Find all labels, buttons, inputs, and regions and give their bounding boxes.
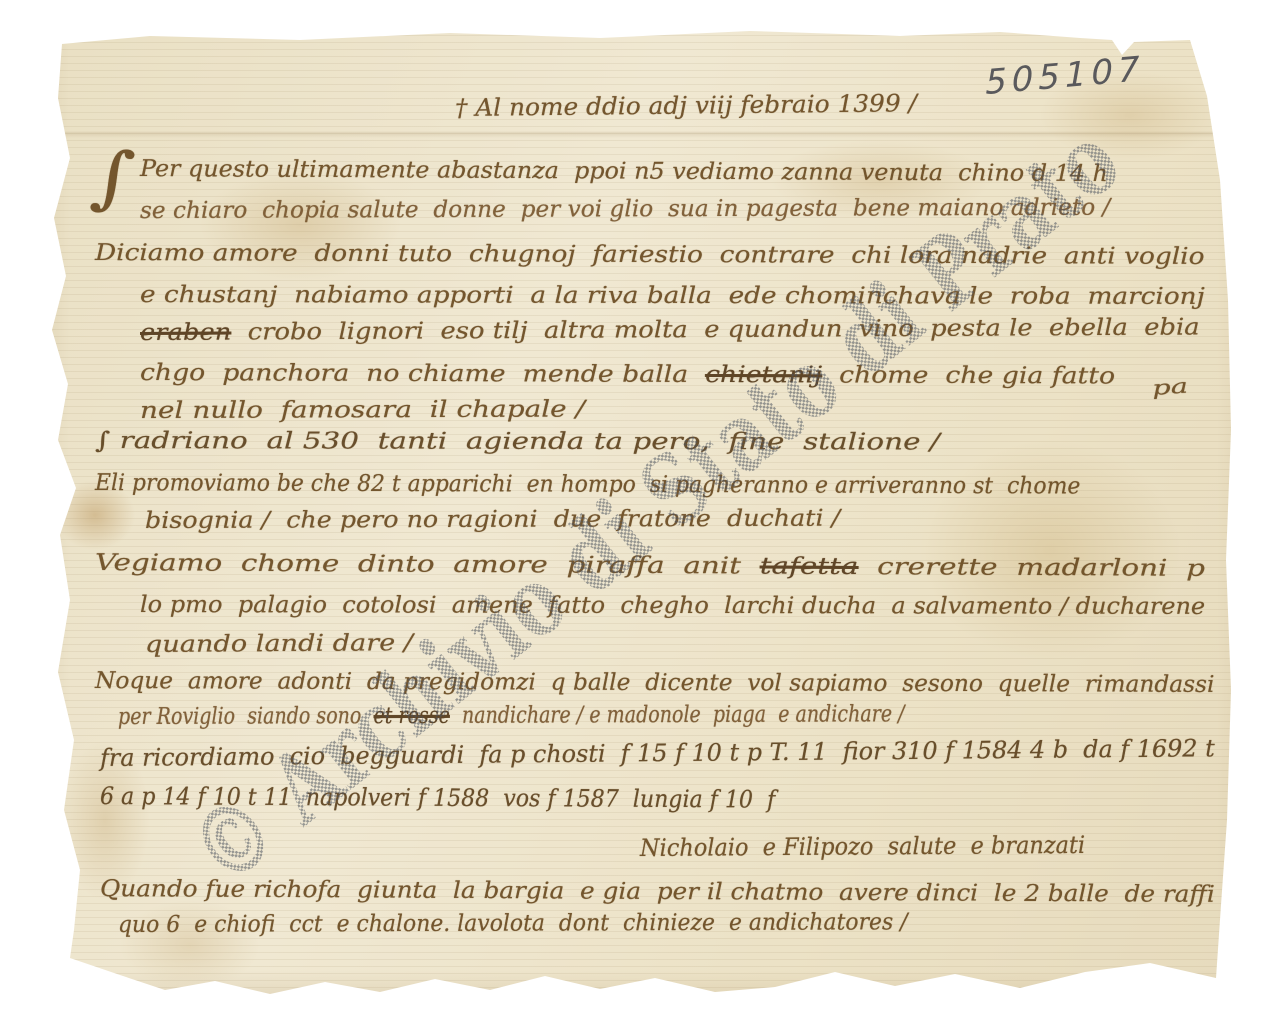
- manuscript-line: e chustanj nabiamo apporti a la riva bal…: [140, 284, 1205, 309]
- manuscript-line: † Al nome ddio adj viij febraio 1399 /: [455, 91, 917, 120]
- struck-word: et rosse: [373, 703, 449, 729]
- handwriting-text: crerette madarloni p: [858, 554, 1205, 582]
- manuscript-line: quo 6 e chiofi cct e chalone. lavolota d…: [118, 911, 908, 937]
- handwriting-text: quando landi dare /: [145, 630, 413, 658]
- handwriting-text: chome che gia fatto: [822, 362, 1115, 389]
- handwriting-text: 6 a p 14 f 10 t 11 napolveri f 1588 vos …: [100, 782, 775, 814]
- handwriting-text: Vegiamo chome dinto amore piraffa anit: [95, 550, 760, 579]
- handwriting-text: crobo lignori eso tilj altra molta e qua…: [231, 314, 1199, 345]
- manuscript-line: 6 a p 14 f 10 t 11 napolveri f 1588 vos …: [100, 784, 775, 812]
- handwriting-text: † Al nome ddio adj viij febraio 1399 /: [455, 89, 917, 122]
- manuscript-line: nel nullo famosara il chapale /: [140, 398, 585, 423]
- handwriting-text: Nicholaio e Filipozo salute e branzati: [640, 831, 1085, 862]
- manuscript-line: Nicholaio e Filipozo salute e branzati: [640, 833, 1085, 860]
- manuscript-line: quando landi dare /: [145, 632, 413, 657]
- manuscript-line: ∫ radriano al 530 tanti agienda ta pero,…: [95, 430, 940, 454]
- struck-word: tafetta: [760, 553, 859, 580]
- handwriting-text: nel nullo famosara il chapale /: [140, 396, 585, 424]
- handwriting-text: se chiaro chopia salute donne per voi gl…: [140, 195, 1110, 224]
- handwriting-text: e chustanj nabiamo apporti a la riva bal…: [140, 282, 1205, 310]
- manuscript-line: ∫: [88, 140, 137, 214]
- handwriting-text: bisognia / che pero no ragioni due frato…: [145, 506, 840, 534]
- handwriting-text: Diciamo amore donni tuto chugnoj fariest…: [95, 240, 1205, 270]
- manuscript-line: Per questo ultimamente abastanza ppoi n5…: [140, 158, 1108, 186]
- struck-word: eraben: [140, 320, 231, 346]
- handwriting-text: chgo panchora no chiame mende balla: [140, 360, 705, 388]
- manuscript-line: lo pmo palagio cotolosi amene fatto cheg…: [140, 594, 1205, 619]
- handwriting-text: Noque amore adonti da pregidomzi q balle…: [95, 668, 1215, 698]
- handwriting-text: lo pmo palagio cotolosi amene fatto cheg…: [140, 592, 1205, 620]
- manuscript-line: Quando fue richofa giunta la bargia e gi…: [100, 878, 1215, 907]
- struck-word: chietanij: [705, 362, 822, 388]
- manuscript-line: eraben crobo lignori eso tilj altra molt…: [140, 316, 1200, 345]
- manuscript-line: chgo panchora no chiame mende balla chie…: [140, 362, 1115, 388]
- manuscript-line: per Roviglio siando sono et rosse nandic…: [118, 703, 905, 729]
- manuscript-line: Diciamo amore donni tuto chugnoj fariest…: [95, 242, 1205, 269]
- handwriting-text: Per questo ultimamente abastanza ppoi n5…: [140, 156, 1108, 187]
- handwriting-text: Eli promoviamo be che 82 t apparichi en …: [95, 470, 1080, 499]
- handwriting-text: per Roviglio siando sono: [118, 703, 374, 730]
- photo-background: † Al nome ddio adj viij febraio 1399 /∫P…: [0, 0, 1267, 1015]
- handwriting-text: pa: [1151, 374, 1189, 400]
- handwriting-text: quo 6 e chiofi cct e chalone. lavolota d…: [118, 909, 908, 938]
- manuscript-line: bisognia / che pero no ragioni due frato…: [145, 508, 840, 533]
- handwriting-text: ∫ radriano al 530 tanti agienda ta pero,…: [95, 428, 940, 455]
- handwriting-text: nandichare / e madonole piaga e andichar…: [450, 701, 905, 729]
- manuscript-line: Vegiamo chome dinto amore piraffa anit t…: [95, 552, 1205, 581]
- manuscript-line: Noque amore adonti da pregidomzi q balle…: [95, 670, 1215, 697]
- manuscript-line: pa: [1151, 376, 1188, 398]
- manuscript-line: se chiaro chopia salute donne per voi gl…: [140, 197, 1110, 223]
- manuscript-line: Eli promoviamo be che 82 t apparichi en …: [95, 472, 1080, 498]
- handwriting-text: ∫: [88, 134, 138, 220]
